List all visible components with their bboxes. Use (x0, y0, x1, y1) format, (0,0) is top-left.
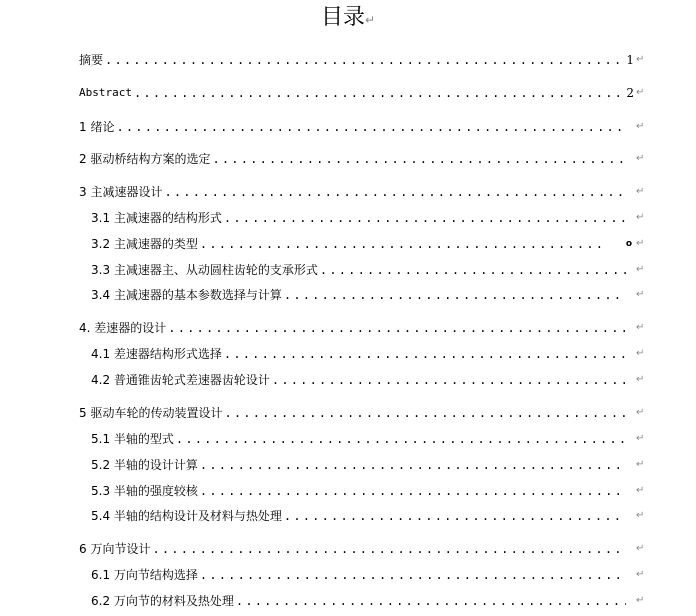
dot-leader: ........................................… (150, 541, 626, 557)
toc-entry[interactable]: 3.4 主减速器的基本参数选择与计算......................… (91, 287, 648, 303)
toc-entry[interactable]: 5.1 半轴的型式...............................… (91, 431, 648, 447)
dot-leader: ........................................… (210, 151, 626, 167)
toc-entry-title: 5 驱动车轮的传动装置设计 (79, 405, 222, 421)
paragraph-mark-icon: ↵ (634, 483, 648, 499)
paragraph-mark-icon: ↵ (634, 567, 648, 583)
toc-entry-title: 5.1 半轴的型式 (91, 431, 174, 447)
dot-leader: ........................................… (318, 262, 626, 278)
paragraph-mark-icon: ↵ (634, 184, 648, 200)
toc-entry-title: Abstract (79, 85, 132, 101)
toc-entry[interactable]: 4.1 差速器结构形式选择...........................… (91, 346, 648, 362)
dot-leader: ........................................… (222, 346, 626, 362)
toc-entry-title: 2 驱动桥结构方案的选定 (79, 151, 210, 167)
toc-entry[interactable]: 2 驱动桥结构方案的选定............................… (79, 151, 648, 167)
toc-entry-title: 4.1 差速器结构形式选择 (91, 346, 222, 362)
paragraph-mark-icon: ↵ (634, 541, 648, 557)
dot-leader: ........................................… (132, 85, 626, 101)
toc-entry-title: 6.2 万向节的材料及热处理 (91, 593, 234, 609)
toc-entry-title: 6 万向节设计 (79, 541, 150, 557)
paragraph-mark-icon: ↵ (634, 372, 648, 388)
dot-leader: ........................................… (234, 593, 626, 609)
toc-entry-title: 3.3 主减速器主、从动圆柱齿轮的支承形式 (91, 262, 318, 278)
paragraph-mark-icon: ↵ (634, 457, 648, 473)
toc-entry-title: 6.1 万向节结构选择 (91, 567, 198, 583)
circle-marker-icon: o (626, 236, 632, 252)
toc-entry-title: 5.4 半轴的结构设计及材料与热处理 (91, 508, 282, 524)
toc-page-number: 1 (626, 52, 634, 68)
paragraph-mark-icon: ↵ (634, 405, 648, 421)
dot-leader: ........................................… (198, 457, 626, 473)
toc-page-number: 2 (626, 85, 634, 101)
paragraph-mark-icon: ↵ (634, 287, 648, 303)
toc-entry[interactable]: 1 绪论....................................… (79, 119, 648, 135)
dot-leader: ........................................… (222, 405, 626, 421)
dot-leader: ........................................… (222, 210, 626, 226)
toc-entry-title: 3 主减速器设计 (79, 184, 162, 200)
toc-entry[interactable]: 3.1 主减速器的结构形式...........................… (91, 210, 648, 226)
paragraph-mark-icon: ↵ (634, 119, 648, 135)
toc-entry[interactable]: 6 万向节设计.................................… (79, 541, 648, 557)
toc-entry[interactable]: 3.2 主减速器的类型.............................… (91, 236, 648, 252)
paragraph-mark-icon: ↵ (634, 508, 648, 524)
toc-entry-title: 4.2 普通锥齿轮式差速器齿轮设计 (91, 372, 270, 388)
dot-leader: ........................................… (103, 52, 626, 68)
paragraph-mark-icon: ↵ (634, 431, 648, 447)
dot-leader: ........................................… (282, 287, 626, 303)
toc-title-text: 目录 (321, 5, 365, 30)
toc-entry[interactable]: 3 主减速器设计................................… (79, 184, 648, 200)
toc-entry-title: 摘要 (79, 52, 103, 68)
toc-entry-title: 3.2 主减速器的类型 (91, 236, 198, 252)
toc-entry-title: 3.4 主减速器的基本参数选择与计算 (91, 287, 282, 303)
dot-leader: ........................................… (114, 119, 626, 135)
paragraph-mark-icon: ↵ (634, 593, 648, 609)
toc-entry[interactable]: 5 驱动车轮的传动装置设计...........................… (79, 405, 648, 421)
dot-leader: ........................................… (166, 320, 626, 336)
toc-entry[interactable]: Abstract ...............................… (79, 85, 648, 101)
toc-entry[interactable]: 6.2 万向节的材料及热处理..........................… (91, 593, 648, 609)
toc-entry-title: 5.2 半轴的设计计算 (91, 457, 198, 473)
toc-entry-title: 3.1 主减速器的结构形式 (91, 210, 222, 226)
paragraph-mark-icon: ↵ (634, 320, 648, 336)
dot-leader: ........................................… (162, 184, 626, 200)
dot-leader: ........................................… (198, 567, 626, 583)
paragraph-mark-icon: ↵ (365, 13, 375, 27)
toc-entry[interactable]: 6.1 万向节结构选择.............................… (91, 567, 648, 583)
dot-leader: ........................................… (174, 431, 626, 447)
toc-entry-title: 4. 差速器的设计 (79, 320, 166, 336)
toc-entry[interactable]: 5.4 半轴的结构设计及材料与热处理......................… (91, 508, 648, 524)
paragraph-mark-icon: ↵ (634, 346, 648, 362)
toc-entry[interactable]: 4.2 普通锥齿轮式差速器齿轮设计.......................… (91, 372, 648, 388)
paragraph-mark-icon: ↵ (634, 85, 648, 101)
paragraph-mark-icon: ↵ (634, 52, 648, 68)
toc-title: 目录↵ (0, 4, 696, 34)
dot-leader: ........................................… (270, 372, 626, 388)
toc-entry-title: 1 绪论 (79, 119, 114, 135)
paragraph-mark-icon: ↵ (634, 210, 648, 226)
toc-entry-title: 5.3 半轴的强度较核 (91, 483, 198, 499)
toc-entry[interactable]: 4. 差速器的设计...............................… (79, 320, 648, 336)
dot-leader: ........................................… (198, 483, 626, 499)
toc-entry[interactable]: 3.3 主减速器主、从动圆柱齿轮的支承形式...................… (91, 262, 648, 278)
paragraph-mark-icon: ↵ (634, 262, 648, 278)
dot-leader: ........................................… (198, 236, 606, 252)
toc-entry[interactable]: 5.2 半轴的设计计算.............................… (91, 457, 648, 473)
toc-entry[interactable]: 摘要......................................… (79, 52, 648, 68)
paragraph-mark-icon: ↵ (634, 236, 648, 252)
paragraph-mark-icon: ↵ (634, 151, 648, 167)
dot-leader: ........................................… (282, 508, 626, 524)
toc-entry[interactable]: 5.3 半轴的强度较核.............................… (91, 483, 648, 499)
